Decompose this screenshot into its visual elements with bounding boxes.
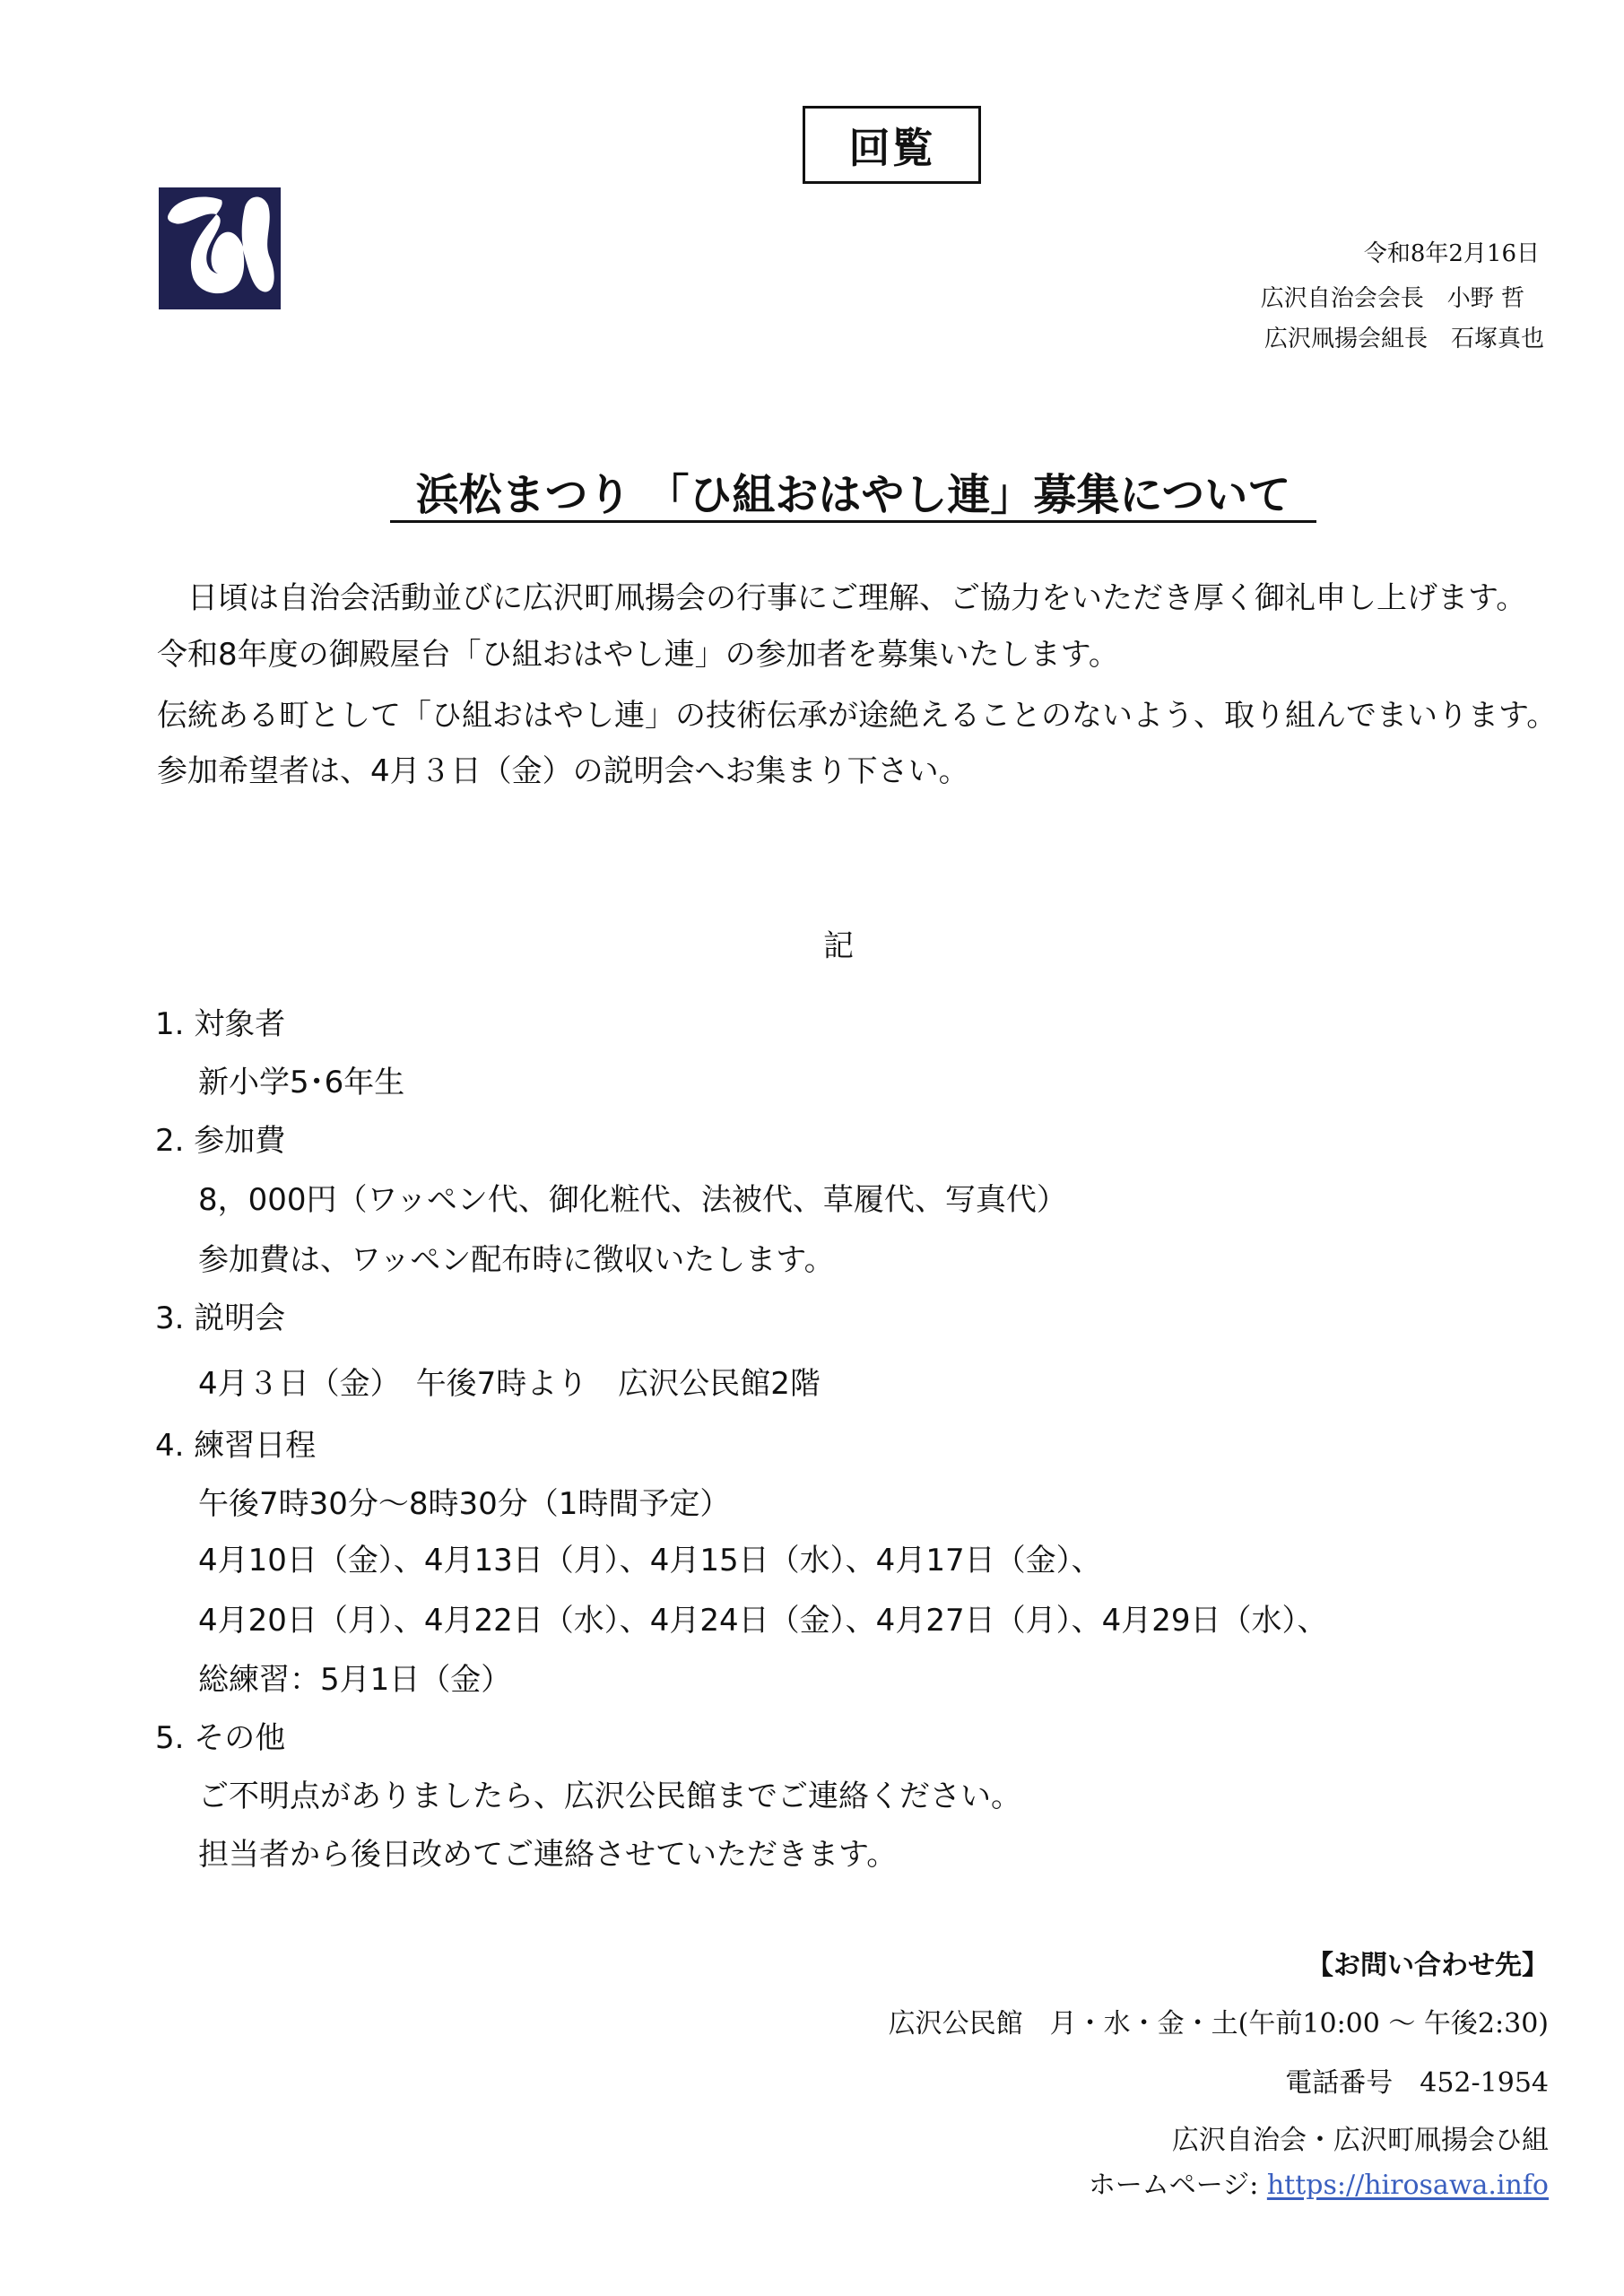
intro-line-2: 令和8年度の御殿屋台「ひ組おはやし連」の参加者を募集いたします。 (157, 637, 1119, 673)
homepage-label: ホームページ: (1089, 2170, 1267, 2201)
section-4-line-1: 午後7時30分～8時30分（1時間予定） (198, 1486, 730, 1522)
section-4-line-2: 4月10日（金）、4月13日（月）、4月15日（水）、4月17日（金）、 (198, 1543, 1102, 1578)
section-1-line-1: 新小学5･6年生 (198, 1065, 404, 1100)
section-3-heading: 3. 説明会 (155, 1300, 285, 1336)
intro-line-4: 参加希望者は、4月３日（金）の説明会へお集まり下さい。 (157, 753, 969, 789)
contact-homepage: ホームページ: https://hirosawa.info (1089, 2170, 1549, 2202)
intro-line-1: 日頃は自治会活動並びに広沢町凧揚会の行事にご理解、ご協力をいただき厚く御礼申し上… (157, 580, 1526, 616)
ki-marker: 記 (823, 928, 854, 964)
section-3-line-1: 4月３日（金） 午後7時より 広沢公民館2階 (198, 1366, 821, 1402)
homepage-link[interactable]: https://hirosawa.info (1267, 2170, 1549, 2201)
contact-org: 広沢自治会・広沢町凧揚会ひ組 (1172, 2125, 1549, 2157)
contact-phone: 電話番号 452-1954 (1285, 2067, 1549, 2100)
hi-kumi-logo (159, 187, 281, 309)
section-2-line-2: 参加費は、ワッペン配布時に徴収いたします。 (198, 1242, 835, 1278)
section-5-heading: 5. その他 (155, 1720, 285, 1756)
section-5-line-1: ご不明点がありましたら、広沢公民館までご連絡ください。 (198, 1779, 1021, 1814)
contact-hours: 広沢公民館 月・水・金・土(午前10:00 ～ 午後2:30) (889, 2008, 1549, 2040)
issue-date: 令和8年2月16日 (1364, 240, 1540, 267)
section-2-line-1: 8，000円（ワッペン代、御化粧代、法被代、草履代、写真代） (198, 1182, 1067, 1218)
intro-line-3: 伝統ある町として「ひ組おはやし連」の技術伝承が途絶えることのないよう、取り組んで… (157, 698, 1557, 734)
signatory-1: 広沢自治会会長 小野 哲 (1261, 285, 1524, 312)
section-4-line-3: 4月20日（月）、4月22日（水）、4月24日（金）、4月27日（月）、4月29… (198, 1603, 1327, 1639)
section-2-heading: 2. 参加費 (155, 1123, 285, 1159)
contact-heading: 【お問い合わせ先】 (1307, 1950, 1549, 1982)
signatory-2: 広沢凧揚会組長 石塚真也 (1264, 326, 1544, 352)
section-4-line-4: 総練習：5月1日（金） (198, 1662, 511, 1698)
section-1-heading: 1. 対象者 (155, 1006, 285, 1042)
circulation-stamp: 回覧 (803, 106, 981, 184)
section-5-line-2: 担当者から後日改めてご連絡させていただきます。 (198, 1837, 897, 1873)
section-4-heading: 4. 練習日程 (155, 1428, 316, 1464)
document-title: 浜松まつり 「ひ組おはやし連」募集について (390, 474, 1316, 523)
hi-kumi-logo-icon (159, 187, 281, 309)
